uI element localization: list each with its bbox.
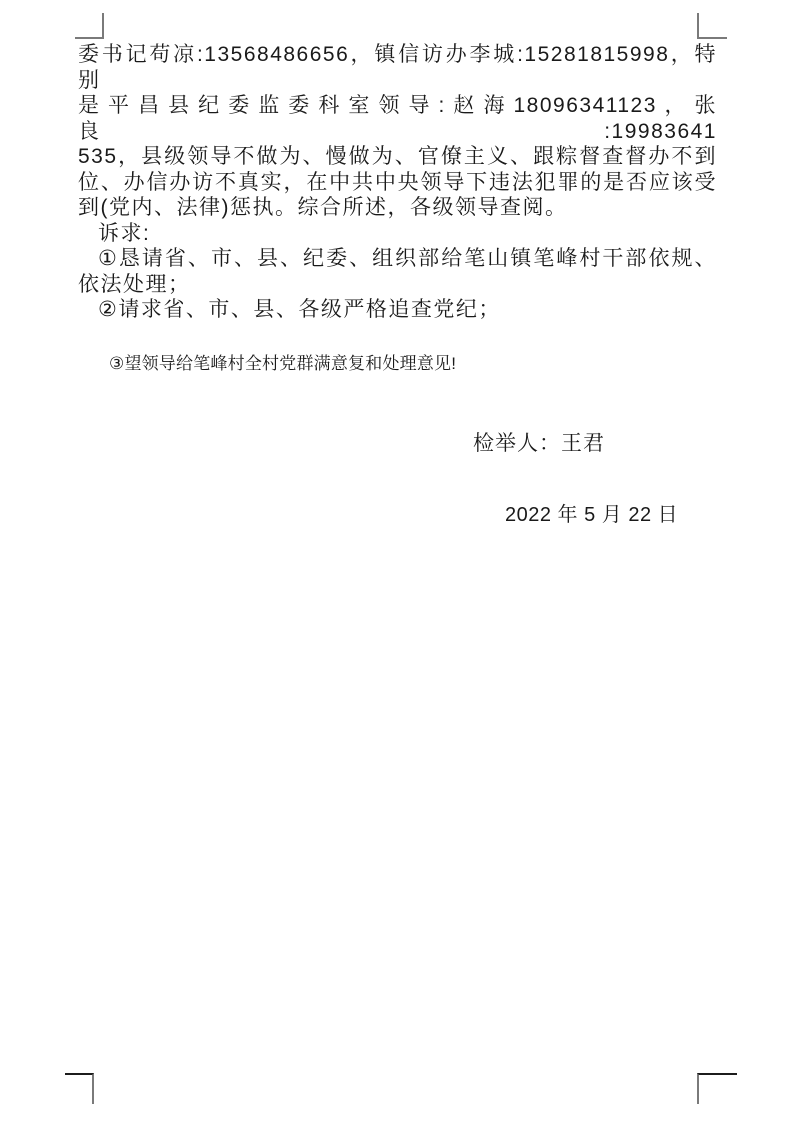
- body-line-8: 依法处理；: [78, 272, 717, 298]
- body-line-3: 535，县级领导不做为、慢做为、官僚主义、跟粽督查督办不到: [78, 144, 717, 170]
- body-text: 委书记苟凉:13568486656，镇信访办李城:15281815998，特别是…: [78, 42, 717, 374]
- date-text: 2022 年 5 月 22 日: [505, 504, 678, 526]
- date-line: 2022 年 5 月 22 日: [78, 503, 717, 529]
- document-page: 委书记苟凉:13568486656，镇信访办李城:15281815998，特别是…: [0, 0, 794, 1123]
- body-line-2: 是平昌县纪委监委科室领导:赵海18096341123，张良:19983641: [78, 93, 717, 144]
- crop-mark-bottom-left-icon: [65, 1073, 94, 1104]
- crop-mark-top-left-icon: [75, 13, 104, 39]
- body-line-11: ③望领导给笔峰村全村党群满意复和处理意见!: [78, 353, 717, 374]
- crop-mark-bottom-right-icon: [697, 1073, 737, 1104]
- signature-line: 检举人：王君: [78, 431, 717, 457]
- body-line-1: 委书记苟凉:13568486656，镇信访办李城:15281815998，特别: [78, 42, 717, 93]
- body-line-9: ②请求省、市、县、各级严格追查党纪；: [78, 297, 717, 323]
- body-line-10: [78, 323, 717, 349]
- body-line-4: 位、办信办访不真实，在中共中央领导下违法犯罪的是否应该受: [78, 170, 717, 196]
- body-line-7: ①恳请省、市、县、纪委、组织部给笔山镇笔峰村干部依规、: [78, 246, 717, 272]
- crop-mark-top-right-icon: [697, 13, 727, 39]
- body-line-5: 到(党内、法律)惩执。综合所述，各级领导查阅。: [78, 195, 717, 221]
- body-line-6: 诉求:: [78, 221, 717, 247]
- signature-text: 检举人：王君: [473, 432, 605, 455]
- document-body: 委书记苟凉:13568486656，镇信访办李城:15281815998，特别是…: [78, 42, 717, 528]
